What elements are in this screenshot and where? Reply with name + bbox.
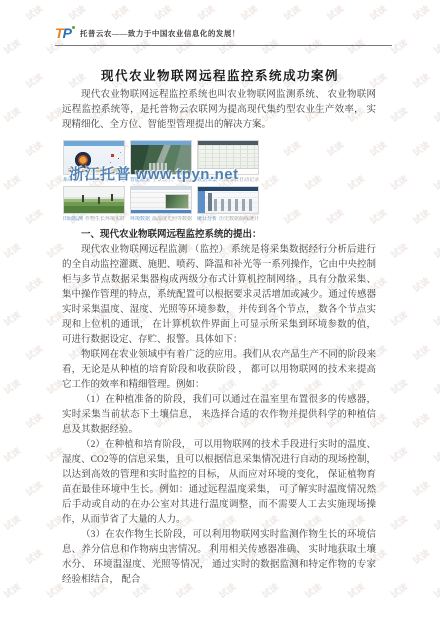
section-1-paragraph: 现代农业物联网远程监测 （监控） 系统是将采集数据经行分析后进行的全自动监控灌溉… (62, 243, 376, 348)
thumb-bar-chart (197, 186, 259, 214)
document-body: 现代农业物联网远程监控系统也叫农业物联网监测系统、 农业物联网远程监控系统等，是… (62, 88, 376, 588)
document-page: 试读试读试读试读试读试读试读试读试读试读试读试读试读试读试读试读试读试读试读试读… (0, 0, 440, 620)
screenshot-gallery: 浙江托普 www.tpyn.net 系统首页实时监控平台，远程查看。 智能温室全… (63, 140, 263, 223)
caption-text: 作物生长环境实时监测。 (85, 216, 125, 222)
thumb-caption: 统计分析历史数据曲线统计分析。 (197, 216, 259, 223)
section-1-heading: 一、现代农业物联网远程监控系统的提出： (62, 228, 376, 243)
thumb-record-table (130, 186, 192, 214)
logo-letter-t: T (55, 25, 63, 41)
intro-paragraph: 现代农业物联网远程监控系统也叫农业物联网监测系统、 农业物联网远程监控系统等，是… (62, 88, 376, 133)
page-header: TP托普云农——致力于中国农业信息化的发展！ (55, 24, 392, 46)
logo-dot (72, 26, 75, 29)
caption-label: 统计分析 (197, 216, 217, 222)
thumb-field-photo (63, 186, 125, 214)
header-slogan: 托普云农——致力于中国农业信息化的发展！ (80, 29, 240, 38)
section-1-paragraph: （2）在种植和培育阶段， 可以用物联网的技术手段进行实时的温度、 湿度、CO2等… (62, 438, 376, 528)
logo-letter-p: P (63, 25, 71, 41)
section-1-paragraph: 物联网在农业领域中有着广泛的应用。我们从农产品生产不同的阶段来看，无论是从种植的… (62, 348, 376, 393)
caption-label: 环境数据 (130, 216, 150, 222)
thumb-caption: 田间监测作物生长环境实时监测。 (63, 216, 125, 223)
site-watermark: 浙江托普 www.tpyn.net (69, 167, 239, 182)
section-1-paragraph: （3）在农作物生长阶段，可以利用物联网实时监测作物生长的环境信息、养分信息和作物… (62, 528, 376, 588)
caption-text: 温湿度光照等数据查询。 (152, 216, 192, 222)
thumb-caption: 环境数据温湿度光照等数据查询。 (130, 216, 192, 223)
caption-text: 历史数据曲线统计分析。 (219, 216, 259, 222)
section-1-paragraph: （1）在种植准备的阶段，我们可以通过在温室里布置很多的传感器，实时采集当前状态下… (62, 393, 376, 438)
toppu-logo-icon: TP (55, 26, 75, 40)
page-content: TP托普云农——致力于中国农业信息化的发展！ 现代农业物联网远程监控系统成功案例… (0, 0, 440, 620)
caption-label: 田间监测 (63, 216, 83, 222)
document-title: 现代农业物联网远程监控系统成功案例 (0, 66, 440, 84)
